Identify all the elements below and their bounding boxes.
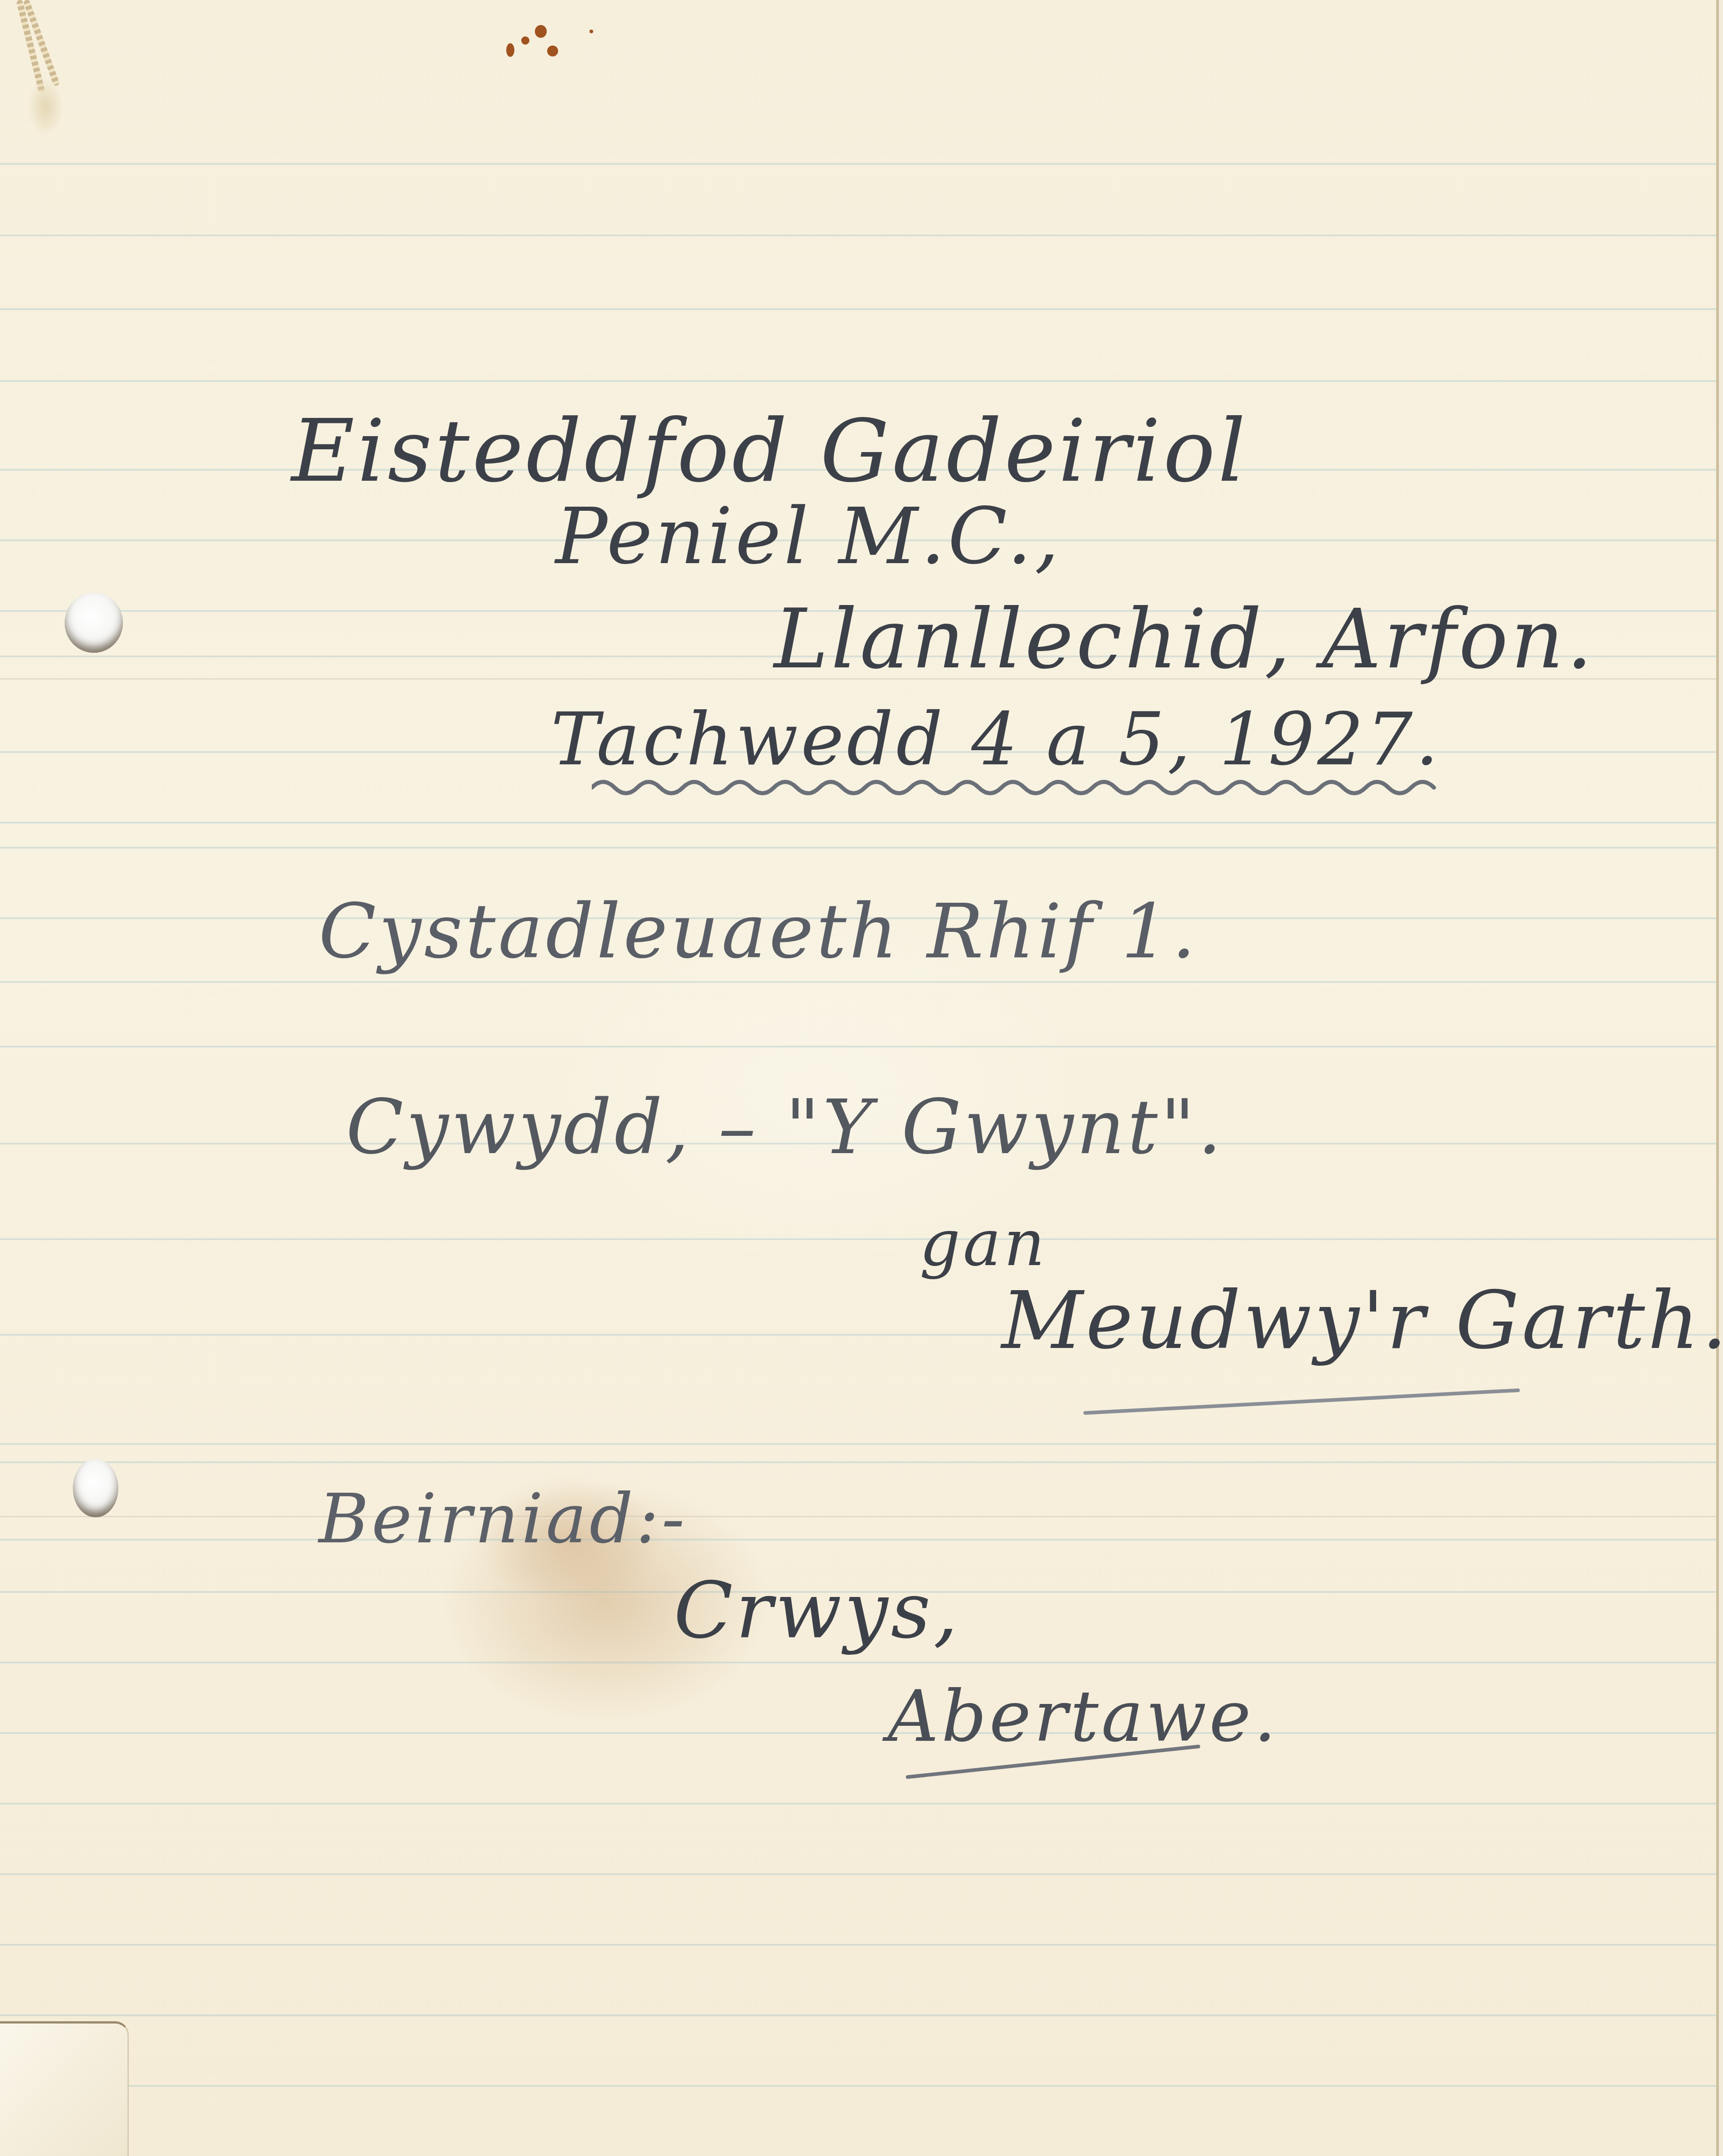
pen-name: Meudwy'r Garth. bbox=[1001, 1275, 1723, 1367]
rust-spot bbox=[535, 25, 547, 38]
rule-line bbox=[0, 1732, 1716, 1734]
rule-line bbox=[0, 2085, 1716, 2087]
rule-line bbox=[0, 308, 1716, 310]
punch-hole bbox=[73, 1459, 118, 1517]
rule-line bbox=[0, 380, 1716, 382]
rule-line bbox=[0, 1238, 1716, 1240]
adjudicator-name: Crwys, bbox=[674, 1566, 961, 1656]
rule-line bbox=[0, 1443, 1716, 1445]
rule-line bbox=[0, 1873, 1716, 1875]
adjudicator-place: Abertawe. bbox=[888, 1675, 1279, 1758]
folded-corner bbox=[0, 2021, 129, 2156]
competition-title: Cywydd, – "Y Gwynt". bbox=[346, 1083, 1224, 1171]
rust-spot bbox=[521, 36, 529, 45]
rule-line bbox=[0, 1461, 1716, 1463]
header-line-1: Eisteddfod Gadeiriol bbox=[291, 401, 1248, 501]
rule-line bbox=[0, 1944, 1716, 1946]
header-date: Tachwedd 4 a 5, 1927. bbox=[551, 697, 1441, 782]
header-line-2: Peniel M.C., bbox=[555, 492, 1062, 582]
header-line-3: Llanllechid, Arfon. bbox=[774, 592, 1595, 687]
competition-number: Cystadleuaeth Rhif 1. bbox=[319, 888, 1198, 975]
date-wavy-underline bbox=[592, 774, 1457, 801]
rule-line bbox=[0, 1046, 1716, 1047]
string-knot bbox=[27, 77, 64, 137]
rule-line bbox=[0, 822, 1716, 824]
rule-line bbox=[0, 234, 1716, 236]
rust-spot bbox=[506, 43, 514, 57]
adjudicator-label: Beirniad:- bbox=[319, 1480, 687, 1559]
rule-line bbox=[0, 2014, 1716, 2016]
fold-crease bbox=[0, 1516, 1716, 1518]
rule-line bbox=[0, 1539, 1716, 1541]
by-label: gan bbox=[920, 1206, 1047, 1281]
rust-spot bbox=[590, 30, 593, 33]
paper-sheet: Eisteddfod Gadeiriol Peniel M.C., Llanll… bbox=[0, 0, 1719, 2156]
rule-line bbox=[0, 163, 1716, 165]
rust-spot bbox=[547, 46, 558, 56]
pen-name-flourish bbox=[1083, 1388, 1520, 1415]
rule-line bbox=[0, 847, 1716, 849]
rule-line bbox=[0, 1662, 1716, 1663]
rule-line bbox=[0, 981, 1716, 983]
punch-hole bbox=[65, 593, 123, 653]
rule-line bbox=[0, 1803, 1716, 1805]
